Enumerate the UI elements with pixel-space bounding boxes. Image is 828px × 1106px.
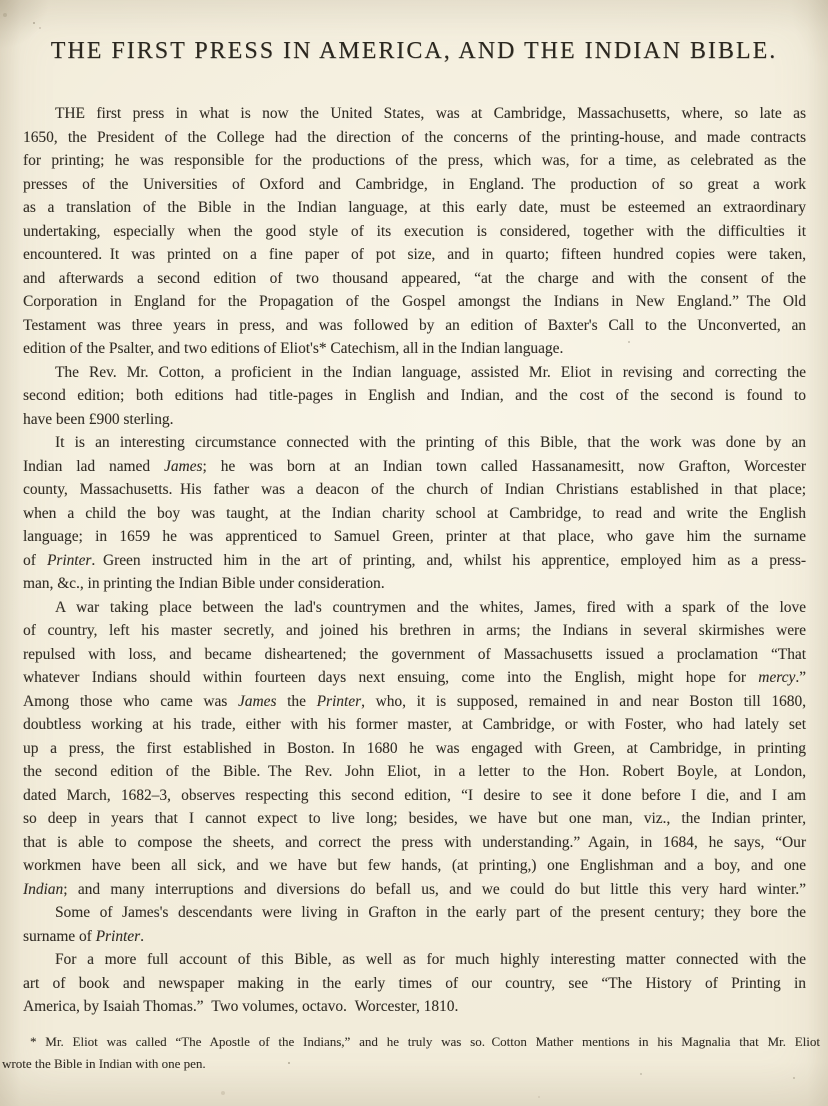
paper-specks: [0, 0, 2, 2]
text-line: the second edition of the Bible. The Rev…: [23, 760, 806, 784]
text-line: that is able to compose the sheets, and …: [23, 831, 806, 855]
text-line: workmen have been all sick, and we have …: [23, 854, 806, 878]
text-line: up a press, the first established in Bos…: [23, 737, 806, 761]
text-line: of country, left his master secretly, an…: [23, 619, 806, 643]
text-run: whatever Indians should within fourteen …: [23, 669, 758, 686]
text-line: man, &c., in printing the Indian Bible u…: [23, 572, 806, 596]
text-line: edition of the Psalter, and two editions…: [23, 337, 806, 361]
text-line: language; in 1659 he was apprenticed to …: [23, 525, 806, 549]
text-line: when a child the boy was taught, at the …: [23, 502, 806, 526]
page-title: THE FIRST PRESS IN AMERICA, AND THE INDI…: [0, 38, 828, 65]
text-run: ; and many interruptions and diversions …: [63, 881, 806, 898]
text-line: so deep in years that I cannot expect to…: [23, 807, 806, 831]
text-line: Indian; and many interruptions and diver…: [23, 878, 806, 902]
text-run: county, Massachusetts. His father was a …: [23, 481, 806, 498]
text-run: edition of the Psalter, and two editions…: [23, 340, 563, 357]
text-line: county, Massachusetts. His father was a …: [23, 478, 806, 502]
italic-run: Printer: [317, 693, 361, 710]
text-line: whatever Indians should within fourteen …: [23, 666, 806, 690]
text-line: Corporation in England for the Propagati…: [23, 290, 806, 314]
text-line: wrote the Bible in Indian with one pen.: [2, 1053, 820, 1075]
text-run: art of book and newspaper making in the …: [23, 975, 806, 992]
italic-run: Printer: [96, 928, 140, 945]
text-line: A war taking place between the lad's cou…: [23, 596, 806, 620]
text-run: Testament was three years in press, and …: [23, 317, 806, 334]
text-line: Testament was three years in press, and …: [23, 314, 806, 338]
footnote: * Mr. Eliot was called “The Apostle of t…: [2, 1031, 820, 1074]
text-run: For a more full account of this Bible, a…: [55, 951, 806, 968]
text-run: * Mr. Eliot was called “The Apostle of t…: [30, 1034, 820, 1049]
text-run: the: [276, 693, 316, 710]
text-line: for printing; he was responsible for the…: [23, 149, 806, 173]
text-line: THE first press in what is now the Unite…: [23, 102, 806, 126]
text-line: encountered. It was printed on a fine pa…: [23, 243, 806, 267]
text-run: doubtless working at his trade, either w…: [23, 716, 806, 733]
text-run: THE first press in what is now the Unite…: [55, 105, 806, 122]
text-run: A war taking place between the lad's cou…: [55, 599, 806, 616]
text-run: ; he was born at an Indian town called H…: [202, 458, 806, 475]
text-line: presses of the Universities of Oxford an…: [23, 173, 806, 197]
text-run: as a translation of the Bible in the Ind…: [23, 199, 806, 216]
text-run: have been £900 sterling.: [23, 411, 173, 428]
text-line: dated March, 1682–3, observes respecting…: [23, 784, 806, 808]
text-line: and afterwards a second edition of two t…: [23, 267, 806, 291]
text-line: Some of James's descendants were living …: [23, 901, 806, 925]
text-run: language; in 1659 he was apprenticed to …: [23, 528, 806, 545]
italic-run: James: [238, 693, 276, 710]
text-run: undertaking, especially when the good st…: [23, 223, 806, 240]
text-run: man, &c., in printing the Indian Bible u…: [23, 575, 385, 592]
text-line: * Mr. Eliot was called “The Apostle of t…: [2, 1031, 820, 1053]
text-run: .”: [795, 669, 806, 686]
text-run: of: [23, 552, 47, 569]
text-run: presses of the Universities of Oxford an…: [23, 176, 806, 193]
text-run: The Rev. Mr. Cotton, a proficient in the…: [55, 364, 806, 381]
italic-run: Printer: [47, 552, 91, 569]
text-run: so deep in years that I cannot expect to…: [23, 810, 806, 827]
text-run: repulsed with loss, and became dishearte…: [23, 646, 806, 663]
text-run: dated March, 1682–3, observes respecting…: [23, 787, 806, 804]
text-line: as a translation of the Bible in the Ind…: [23, 196, 806, 220]
text-run: up a press, the first established in Bos…: [23, 740, 806, 757]
text-line: have been £900 sterling.: [23, 408, 806, 432]
text-line: The Rev. Mr. Cotton, a proficient in the…: [23, 361, 806, 385]
text-run: workmen have been all sick, and we have …: [23, 857, 806, 874]
text-run: that is able to compose the sheets, and …: [23, 834, 806, 851]
text-run: Corporation in England for the Propagati…: [23, 293, 806, 310]
text-run: America, by Isaiah Thomas.” Two volumes,…: [23, 998, 458, 1015]
text-run: . Green instructed him in the art of pri…: [91, 552, 806, 569]
text-run: the second edition of the Bible. The Rev…: [23, 763, 806, 780]
text-run: encountered. It was printed on a fine pa…: [23, 246, 806, 263]
text-run: 1650, the President of the College had t…: [23, 129, 806, 146]
text-run: Among those who came was: [23, 693, 238, 710]
text-run: It is an interesting circumstance connec…: [55, 434, 806, 451]
text-run: Some of James's descendants were living …: [55, 904, 806, 921]
body-text: THE first press in what is now the Unite…: [23, 102, 806, 1019]
text-line: surname of Printer.: [23, 925, 806, 949]
text-line: art of book and newspaper making in the …: [23, 972, 806, 996]
text-run: Indian lad named: [23, 458, 164, 475]
text-run: .: [140, 928, 144, 945]
text-run: when a child the boy was taught, at the …: [23, 505, 806, 522]
text-run: and afterwards a second edition of two t…: [23, 270, 806, 287]
text-line: It is an interesting circumstance connec…: [23, 431, 806, 455]
italic-run: Indian: [23, 881, 63, 898]
text-run: wrote the Bible in Indian with one pen.: [2, 1056, 206, 1071]
italic-run: mercy: [758, 669, 795, 686]
text-line: of Printer. Green instructed him in the …: [23, 549, 806, 573]
text-line: undertaking, especially when the good st…: [23, 220, 806, 244]
text-line: Indian lad named James; he was born at a…: [23, 455, 806, 479]
text-run: , who, it is supposed, remained in and n…: [361, 693, 806, 710]
text-run: second edition; both editions had title-…: [23, 387, 806, 404]
text-line: repulsed with loss, and became dishearte…: [23, 643, 806, 667]
text-run: of country, left his master secretly, an…: [23, 622, 806, 639]
text-line: For a more full account of this Bible, a…: [23, 948, 806, 972]
text-line: second edition; both editions had title-…: [23, 384, 806, 408]
text-run: for printing; he was responsible for the…: [23, 152, 806, 169]
italic-run: James: [164, 458, 202, 475]
text-line: America, by Isaiah Thomas.” Two volumes,…: [23, 995, 806, 1019]
text-line: doubtless working at his trade, either w…: [23, 713, 806, 737]
text-line: 1650, the President of the College had t…: [23, 126, 806, 150]
text-run: surname of: [23, 928, 96, 945]
text-line: Among those who came was James the Print…: [23, 690, 806, 714]
document-page: THE FIRST PRESS IN AMERICA, AND THE INDI…: [0, 0, 828, 1106]
